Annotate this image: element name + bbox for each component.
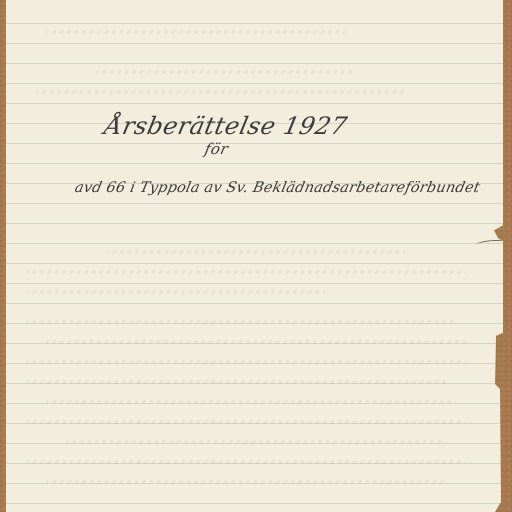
page-title: Årsberättelse 1927 bbox=[102, 112, 350, 140]
reverse-side-bleed-through bbox=[6, 0, 503, 512]
notebook-page bbox=[6, 0, 503, 512]
title-connector: för bbox=[203, 140, 230, 158]
page-subtitle: avd 66 i Typpola av Sv. Beklädnadsarbeta… bbox=[73, 180, 481, 196]
